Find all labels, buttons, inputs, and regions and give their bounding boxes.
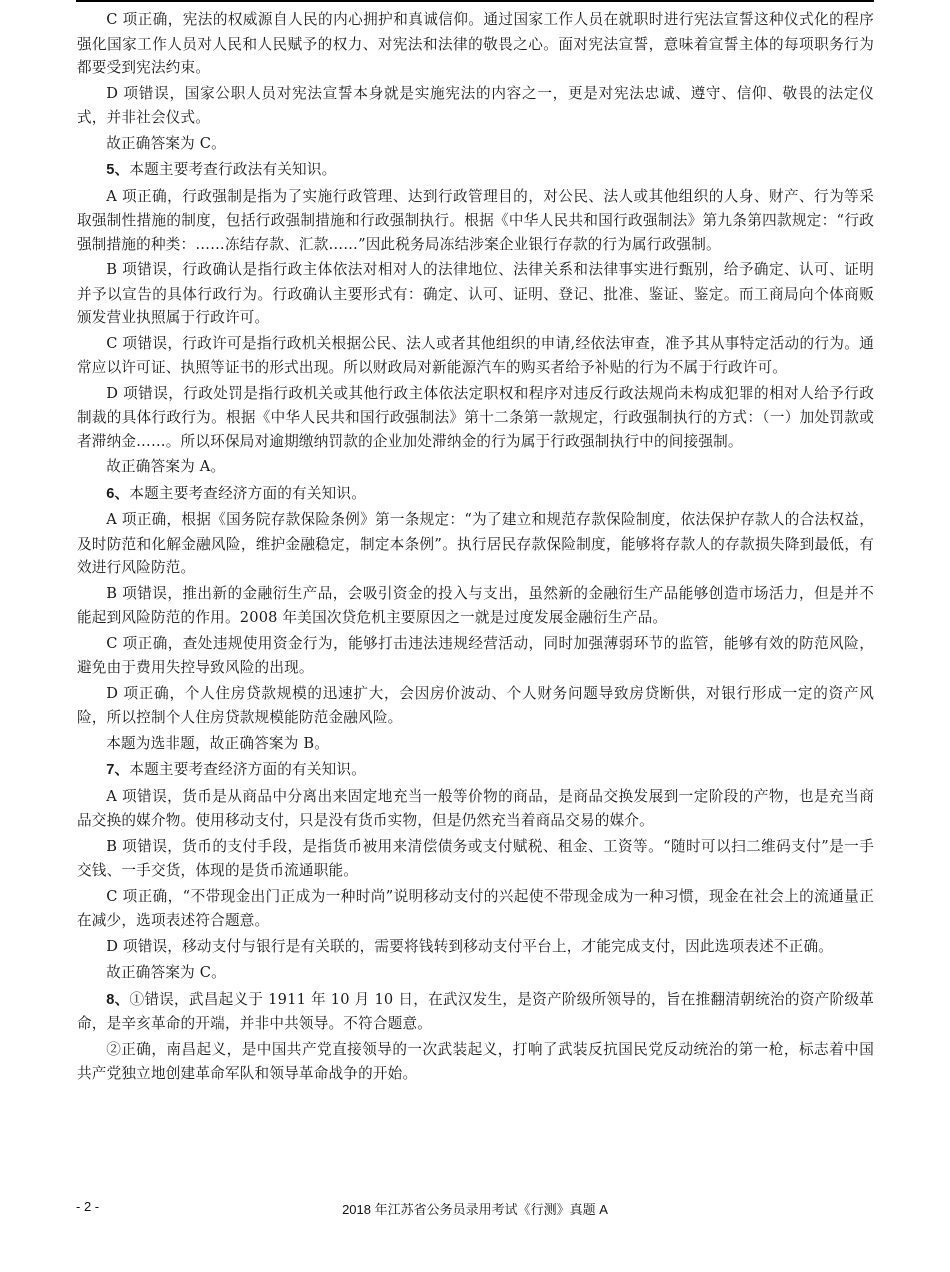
answer-line: 故正确答案为 A。 (77, 455, 874, 480)
paragraph: B 项错误，推出新的金融衍生产品，会吸引资金的投入与支出，虽然新的金融衍生产品能… (77, 582, 874, 630)
answer-line: 故正确答案为 C。 (77, 132, 874, 157)
question-heading: 5、本题主要考查行政法有关知识。 (77, 158, 874, 183)
footer-title: 2018 年江苏省公务员录用考试《行测》真题 A (76, 1199, 874, 1218)
paragraph: ②正确，南昌起义，是中国共产党直接领导的一次武装起义，打响了武装反抗国民党反动统… (77, 1038, 874, 1086)
paragraph: C 项正确，“不带现金出门正成为一种时尚”说明移动支付的兴起使不带现金成为一种习… (77, 885, 874, 933)
answer-line: 本题为选非题，故正确答案为 B。 (77, 732, 874, 757)
paragraph: A 项正确，根据《国务院存款保险条例》第一条规定：“为了建立和规范存款保险制度，… (77, 508, 874, 580)
question-heading: 7、本题主要考查经济方面的有关知识。 (77, 758, 874, 783)
question-heading: 8、①错误，武昌起义于 1911 年 10 月 10 日，在武汉发生，是资产阶级… (77, 988, 874, 1036)
paragraph: D 项错误，国家公职人员对宪法宣誓本身就是实施宪法的内容之一，更是对宪法忠诚、遵… (77, 82, 874, 130)
paragraph: B 项错误，行政确认是指行政主体依法对相对人的法律地位、法律关系和法律事实进行甄… (77, 258, 874, 330)
paragraph: D 项正确，个人住房贷款规模的迅速扩大，会因房价波动、个人财务问题导致房贷断供，… (77, 682, 874, 730)
paragraph: C 项正确，宪法的权威源自人民的内心拥护和真诚信仰。通过国家工作人员在就职时进行… (77, 8, 874, 80)
paragraph: C 项正确，查处违规使用资金行为，能够打击违法违规经营活动，同时加强薄弱环节的监… (77, 632, 874, 680)
answer-line: 故正确答案为 C。 (77, 961, 874, 986)
page-footer: - 2 - 2018 年江苏省公务员录用考试《行测》真题 A (76, 1199, 874, 1219)
paragraph: B 项错误，货币的支付手段，是指货币被用来清偿债务或支付赋税、租金、工资等。“随… (77, 835, 874, 883)
paragraph: C 项错误，行政许可是指行政机关根据公民、法人或者其他组织的申请,经依法审查，准… (77, 332, 874, 380)
paragraph: D 项错误，行政处罚是指行政机关或其他行政主体依法定职权和程序对违反行政法规尚未… (77, 382, 874, 454)
paragraph: A 项正确，行政强制是指为了实施行政管理、达到行政管理目的，对公民、法人或其他组… (77, 185, 874, 257)
paragraph: D 项错误，移动支付与银行是有关联的，需要将钱转到移动支付平台上，才能完成支付，… (77, 935, 874, 960)
header-rule (76, 0, 874, 2)
document-body: C 项正确，宪法的权威源自人民的内心拥护和真诚信仰。通过国家工作人员在就职时进行… (77, 8, 874, 1088)
paragraph: A 项错误，货币是从商品中分离出来固定地充当一般等价物的商品，是商品交换发展到一… (77, 785, 874, 833)
document-page: C 项正确，宪法的权威源自人民的内心拥护和真诚信仰。通过国家工作人员在就职时进行… (0, 0, 950, 1272)
question-heading: 6、本题主要考查经济方面的有关知识。 (77, 482, 874, 507)
